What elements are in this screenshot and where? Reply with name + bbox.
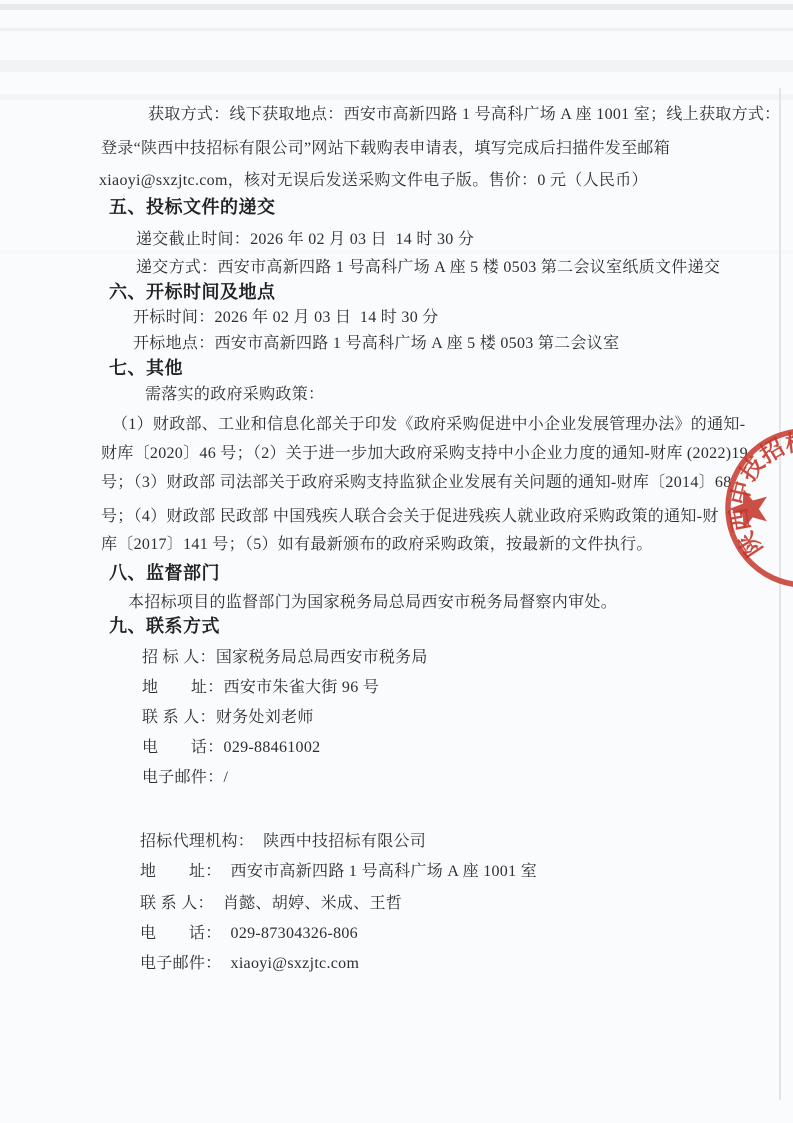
agency-row: 招标代理机构：陕西中技招标有限公司: [140, 831, 426, 853]
agency-row: 联 系 人：肖懿、胡婷、米成、王哲: [140, 893, 402, 915]
agency-row: 电 话：029-87304326-806: [140, 923, 358, 945]
agency-contact-label: 联 系 人：: [140, 895, 214, 912]
tenderer-name-value: 国家税务局总局西安市税务局: [216, 649, 428, 666]
section5-deadline: 递交截止时间：2026 年 02 月 03 日 14 时 30 分: [136, 229, 474, 251]
section7-intro: 需落实的政府采购政策：: [145, 384, 324, 406]
scan-artifact-band: [0, 94, 793, 100]
agency-row: 地 址：西安市高新四路 1 号高科广场 A 座 1001 室: [140, 861, 537, 883]
agency-contact-value: 肖懿、胡婷、米成、王哲: [223, 895, 402, 912]
scan-artifact-band: [0, 60, 793, 72]
tenderer-name-label: 招 标 人：: [142, 649, 216, 666]
tenderer-phone-value: 029-88461002: [224, 739, 321, 756]
intro-line-2: 登录“陕西中技招标有限公司”网站下载购表申请表，填写完成后扫描件发至邮箱: [101, 138, 670, 160]
agency-phone-label: 电 话：: [140, 925, 222, 942]
section8-body: 本招标项目的监督部门为国家税务局总局西安市税务局督察内审处。: [128, 592, 617, 614]
policy-line: （1）财政部、工业和信息化部关于印发《政府采购促进中小企业发展管理办法》的通知-: [112, 414, 745, 436]
agency-email-value: xiaoyi@sxzjtc.com: [231, 955, 360, 972]
agency-name-label: 招标代理机构：: [140, 833, 254, 850]
scan-artifact-band: [0, 28, 793, 31]
scanned-document-page: 获取方式：线下获取地点：西安市高新四路 1 号高科广场 A 座 1001 室；线…: [0, 0, 793, 1123]
tenderer-contact-value: 财务处刘老师: [216, 709, 314, 726]
tenderer-phone-label: 电 话：: [142, 739, 224, 756]
intro-line-3: xiaoyi@sxzjtc.com，核对无误后发送采购文件电子版。售价：0 元（…: [99, 170, 648, 192]
section7-heading: 七、其他: [109, 357, 183, 379]
tenderer-row: 联 系 人：财务处刘老师: [142, 707, 314, 729]
tenderer-address-value: 西安市朱雀大街 96 号: [224, 679, 380, 696]
tenderer-contact-label: 联 系 人：: [142, 709, 216, 726]
tenderer-row: 电 话：029-88461002: [142, 737, 320, 759]
policy-line: 库〔2017〕141 号；（5）如有最新颁布的政府采购政策，按最新的文件执行。: [101, 534, 653, 556]
intro-line-1: 获取方式：线下获取地点：西安市高新四路 1 号高科广场 A 座 1001 室；线…: [148, 104, 780, 126]
scan-artifact-band: [0, 4, 793, 10]
tenderer-row: 招 标 人：国家税务局总局西安市税务局: [142, 647, 428, 669]
agency-name-value: 陕西中技招标有限公司: [263, 833, 426, 850]
policy-line: 号；（3）财政部 司法部关于政府采购支持监狱企业发展有关问题的通知-财库〔201…: [101, 472, 732, 494]
tenderer-address-label: 地 址：: [142, 679, 224, 696]
agency-address-label: 地 址：: [140, 863, 222, 880]
agency-address-value: 西安市高新四路 1 号高科广场 A 座 1001 室: [231, 863, 537, 880]
tenderer-email-label: 电子邮件：: [142, 769, 224, 786]
section5-method: 递交方式：西安市高新四路 1 号高科广场 A 座 5 楼 0503 第二会议室纸…: [136, 257, 720, 279]
agency-phone-value: 029-87304326-806: [231, 925, 358, 942]
section6-time: 开标时间：2026 年 02 月 03 日 14 时 30 分: [133, 307, 439, 329]
section8-heading: 八、监督部门: [109, 562, 220, 584]
agency-email-label: 电子邮件：: [140, 955, 222, 972]
company-seal-stamp: 陕西中技招标有限公司: [705, 415, 793, 615]
agency-row: 电子邮件：xiaoyi@sxzjtc.com: [140, 953, 359, 975]
section6-heading: 六、开标时间及地点: [109, 281, 276, 303]
tenderer-email-value: /: [224, 769, 229, 786]
tenderer-row: 电子邮件：/: [142, 767, 228, 789]
policy-line: 财库〔2020〕46 号；（2）关于进一步加大政府采购支持中小企业力度的通知-财…: [101, 443, 748, 465]
policy-line: 号；（4）财政部 民政部 中国残疾人联合会关于促进残疾人就业政府采购政策的通知-…: [101, 506, 719, 528]
section6-place: 开标地点：西安市高新四路 1 号高科广场 A 座 5 楼 0503 第二会议室: [133, 333, 619, 355]
section5-heading: 五、投标文件的递交: [109, 196, 276, 218]
tenderer-row: 地 址：西安市朱雀大街 96 号: [142, 677, 379, 699]
section9-heading: 九、联系方式: [109, 615, 220, 637]
